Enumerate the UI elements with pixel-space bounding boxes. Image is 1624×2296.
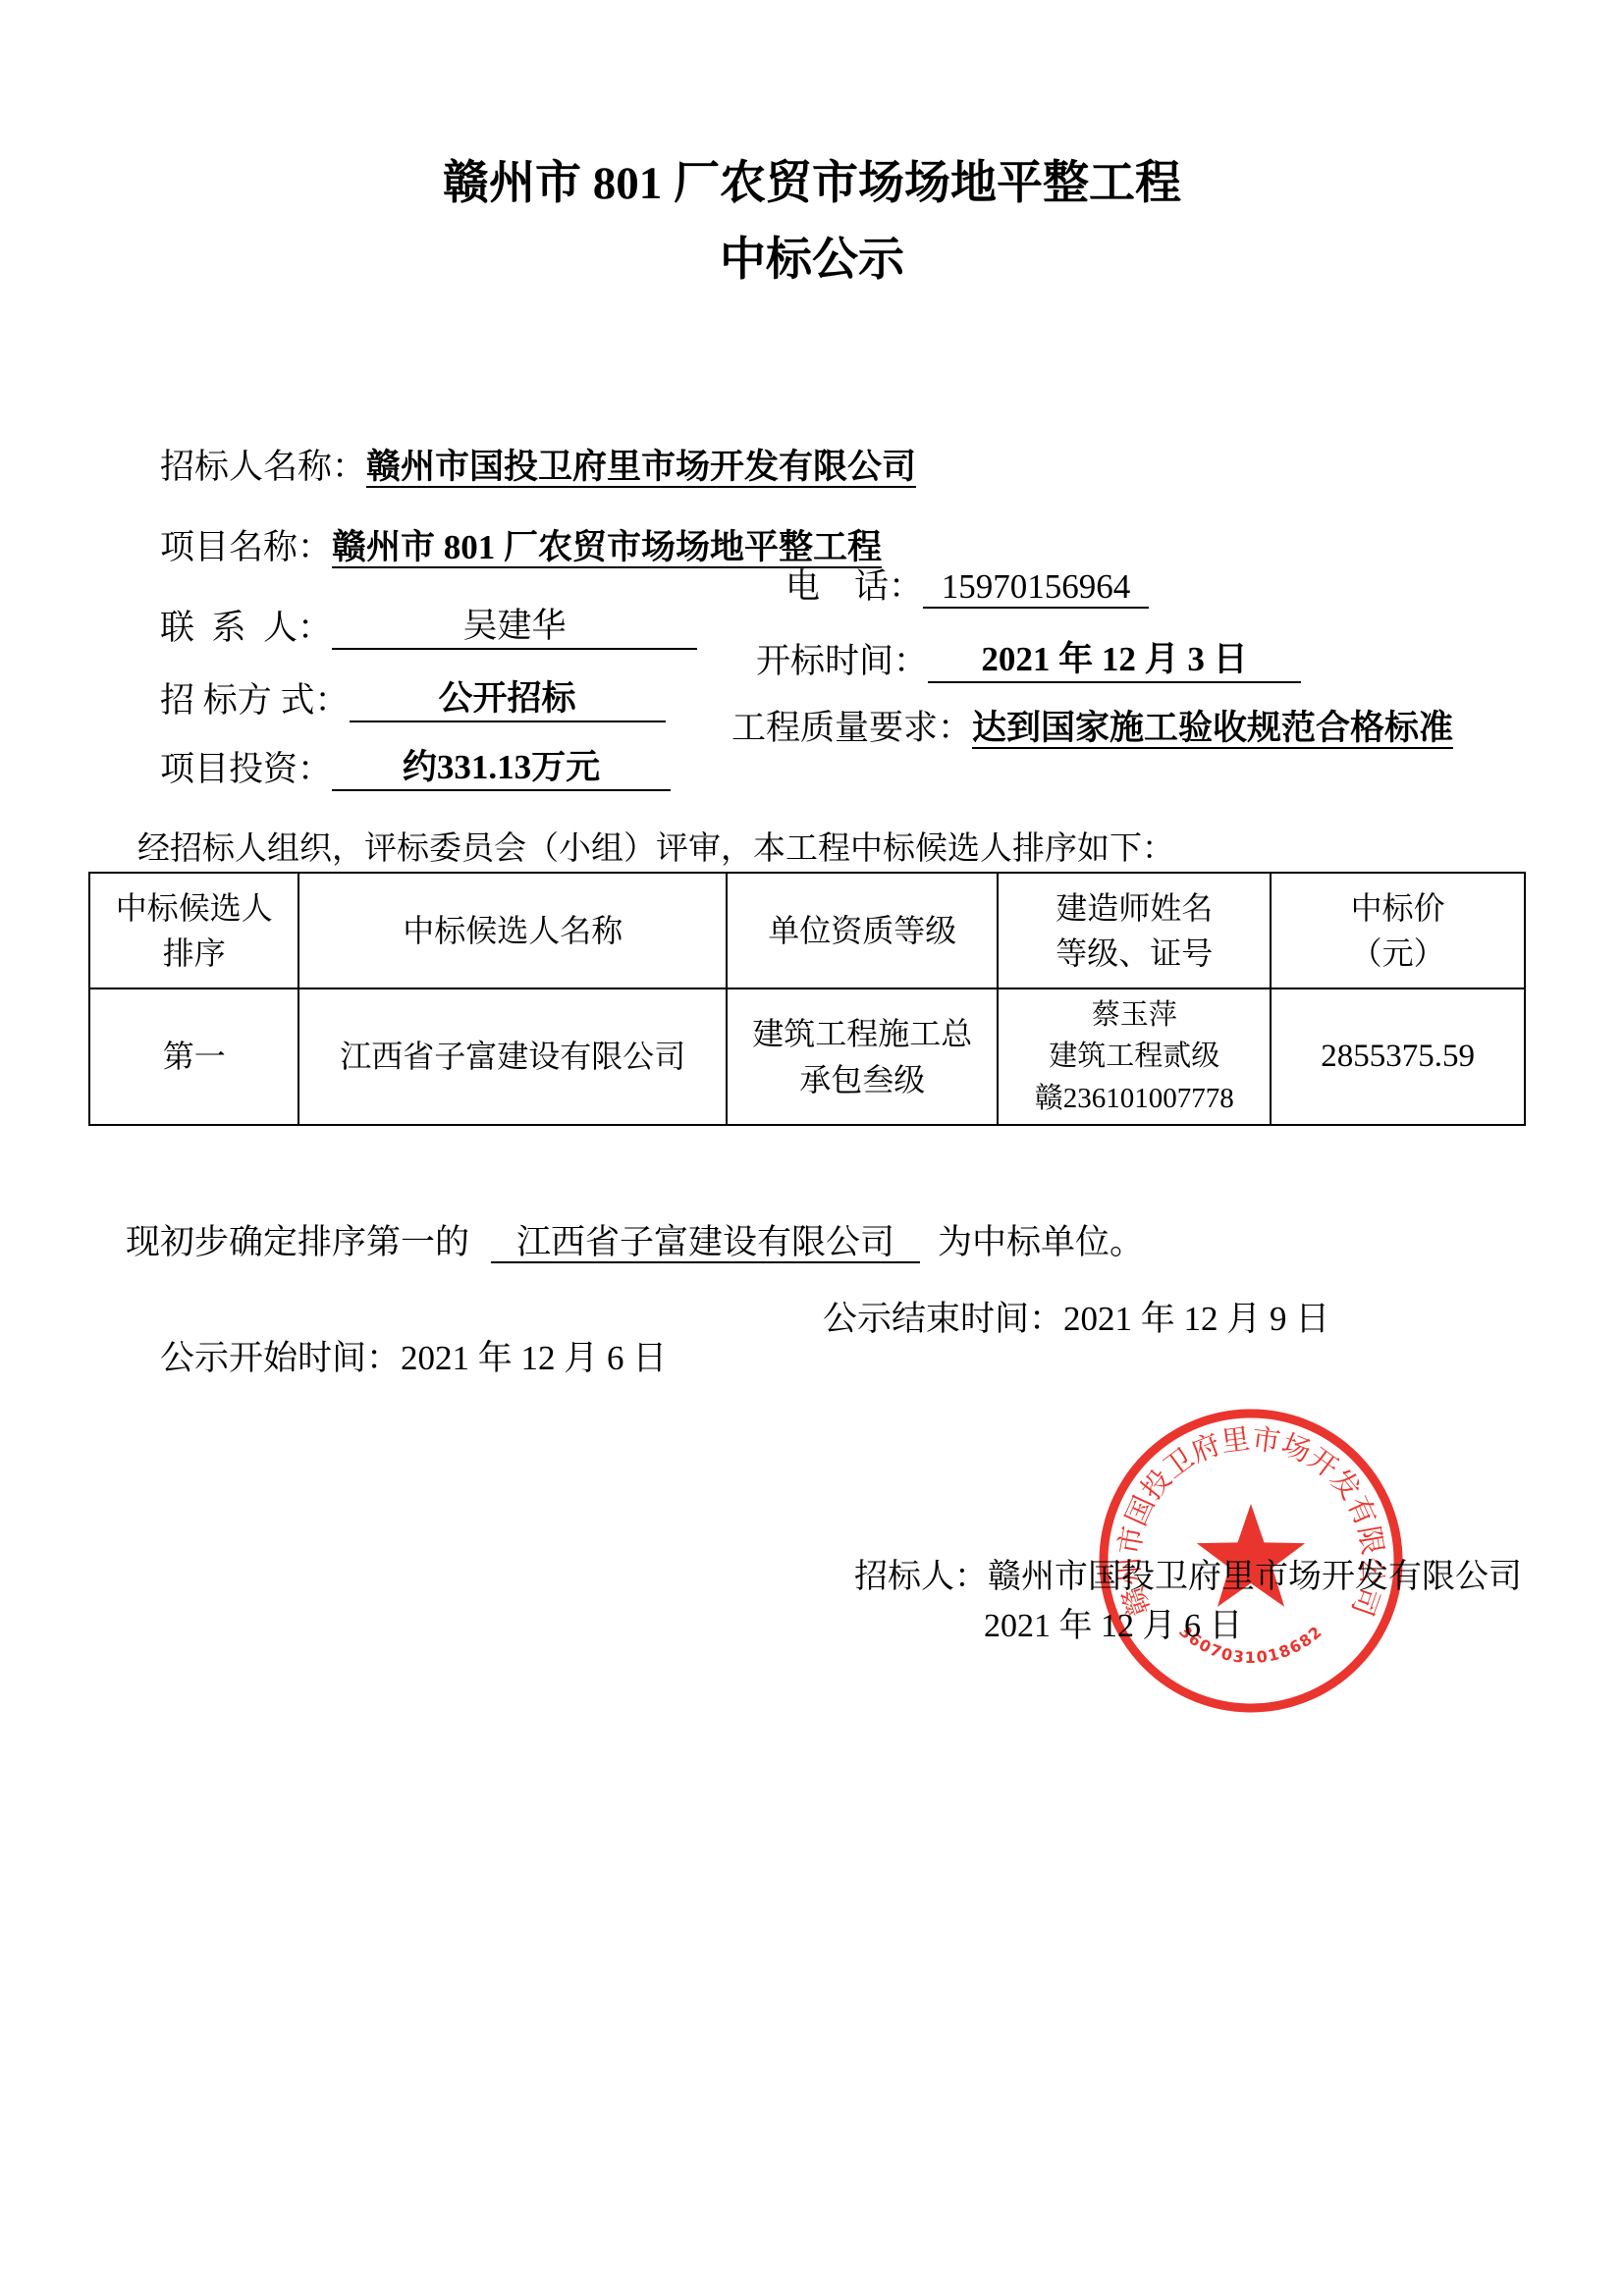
cell-qualification: 建筑工程施工总 承包叁级 (727, 988, 998, 1125)
cell-bid-price: 2855375.59 (1271, 988, 1525, 1125)
publicity-end-label: 公示结束时间： (823, 1300, 1063, 1338)
investment-value: 约331.13万元 (332, 740, 671, 791)
cell-builder-cert: 蔡玉萍 建筑工程贰级 赣236101007778 (998, 988, 1271, 1125)
header-builder-cert: 建造师姓名 等级、证号 (998, 873, 1271, 988)
table-header-row: 中标候选人 排序 中标候选人名称 单位资质等级 建造师姓名 等级、证号 中标价 … (89, 873, 1525, 988)
document-title: 赣州市 801 厂农贸市场场地平整工程 中标公示 (0, 145, 1624, 298)
quality-label: 工程质量要求： (731, 709, 972, 747)
seal-number-arc: 3607031018682 (1175, 1622, 1326, 1667)
open-time-value: 2021 年 12 月 3 日 (928, 632, 1301, 683)
document-page: 赣州市 801 厂农贸市场场地平整工程 中标公示 招标人名称：赣州市国投卫府里市… (0, 0, 1624, 2296)
seal-number-text: 3607031018682 (1175, 1622, 1326, 1667)
publicity-start: 公示开始时间：2021 年 12 月 6 日 (160, 1339, 667, 1377)
publicity-start-label: 公示开始时间： (160, 1339, 401, 1377)
header-rank: 中标候选人 排序 (89, 873, 298, 988)
publicity-end-value: 2021 年 12 月 9 日 (1063, 1300, 1329, 1338)
candidates-table: 中标候选人 排序 中标候选人名称 单位资质等级 建造师姓名 等级、证号 中标价 … (88, 872, 1526, 1126)
table-row: 第一 江西省子富建设有限公司 建筑工程施工总 承包叁级 蔡玉萍 建筑工程贰级 赣… (89, 988, 1525, 1125)
seal-star (1197, 1504, 1305, 1607)
header-qualification: 单位资质等级 (727, 873, 998, 988)
quality-value: 达到国家施工验收规范合格标准 (972, 709, 1453, 749)
official-seal: 赣州市国投卫府里市场开发有限公司 3607031018682 (1082, 1392, 1420, 1730)
document-title-line1: 赣州市 801 厂农贸市场场地平整工程 (0, 145, 1624, 222)
signature-label: 招标人： (854, 1559, 988, 1595)
open-time-label: 开标时间： (756, 642, 928, 680)
phone-pair: 电 话：15970156964 (785, 560, 1149, 609)
conclusion-suffix: 为中标单位。 (938, 1223, 1144, 1261)
phone-label: 电 话： (785, 567, 923, 606)
document-title-line2: 中标公示 (0, 222, 1624, 298)
intro-sentence: 经招标人组织，评标委员会（小组）评审，本工程中标候选人排序如下： (137, 823, 1174, 869)
conclusion-company: 江西省子富建设有限公司 (491, 1223, 920, 1263)
conclusion-prefix: 现初步确定排序第一的 (126, 1223, 469, 1261)
cell-rank: 第一 (89, 988, 298, 1125)
publicity-end: 公示结束时间：2021 年 12 月 9 日 (823, 1292, 1329, 1341)
open-time-pair: 开标时间：2021 年 12 月 3 日 (756, 632, 1301, 683)
quality-pair: 工程质量要求：达到国家施工验收规范合格标准 (731, 701, 1453, 750)
header-bid-price: 中标价 （元） (1271, 873, 1525, 988)
cell-candidate-name: 江西省子富建设有限公司 (298, 988, 727, 1125)
phone-value: 15970156964 (923, 567, 1149, 609)
publicity-start-value: 2021 年 12 月 6 日 (401, 1339, 667, 1377)
conclusion-sentence: 现初步确定排序第一的江西省子富建设有限公司为中标单位。 (126, 1215, 1144, 1264)
header-candidate-name: 中标候选人名称 (298, 873, 727, 988)
investment-label: 项目投资： (160, 750, 332, 788)
